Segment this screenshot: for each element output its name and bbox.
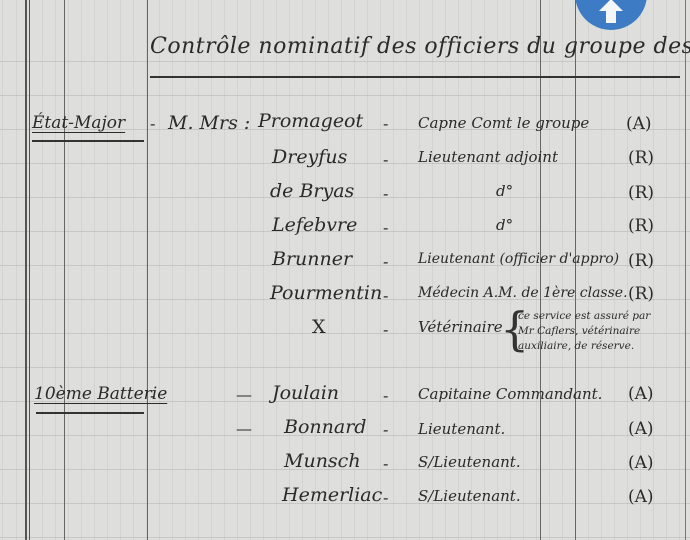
dash: -: [383, 184, 388, 203]
officer-role: Capitaine Commandant.: [418, 385, 602, 403]
section-label-10eme-batterie: 10ème Batterie: [34, 384, 167, 404]
title-underline: [150, 76, 680, 78]
officer-status: (R): [628, 148, 654, 168]
officer-status: (A): [628, 453, 654, 473]
column-rule: [685, 0, 686, 540]
officer-name: de Bryas: [270, 180, 354, 202]
dash: —: [236, 419, 250, 438]
officer-note-line: ce service est assuré par: [518, 309, 650, 324]
officer-status: (R): [628, 183, 654, 203]
dash: -: [383, 320, 388, 339]
column-rule: [575, 0, 576, 540]
dash: -: [150, 114, 155, 133]
officer-role: Médecin A.M. de 1ère classe.: [418, 285, 628, 301]
officer-name: Promageot: [258, 110, 363, 132]
officer-name: Munsch: [284, 450, 361, 472]
scroll-to-top-button[interactable]: [575, 0, 647, 30]
officer-name: Brunner: [272, 248, 352, 270]
column-rule-double-right: [29, 0, 30, 540]
officer-status: (R): [628, 251, 654, 271]
dash: -: [383, 420, 388, 439]
dash: -: [383, 150, 388, 169]
officer-name: Bonnard: [284, 416, 366, 438]
section-underline: [32, 140, 144, 142]
officer-name: Hemerliac: [282, 484, 382, 506]
officer-name: Joulain: [272, 382, 339, 404]
column-rule-double-left: [25, 0, 27, 540]
dash: -: [383, 454, 388, 473]
officer-status: (A): [626, 114, 652, 134]
officer-role: Lieutenant (officier d'appro): [418, 251, 619, 267]
section-underline: [36, 412, 144, 414]
column-rule: [540, 0, 541, 540]
officer-role: S/Lieutenant.: [418, 487, 521, 505]
honorific-prefix: M. Mrs :: [168, 112, 250, 134]
officer-status: (A): [628, 487, 654, 507]
dash: -: [383, 286, 388, 305]
dash: -: [383, 488, 388, 507]
officer-role: d°: [496, 182, 513, 200]
officer-name: X: [312, 316, 326, 338]
officer-role: Capne Comt le groupe: [418, 114, 589, 132]
officer-status: (R): [628, 216, 654, 236]
officer-status: (A): [628, 419, 654, 439]
officer-name: Lefebvre: [272, 214, 357, 236]
dash: -: [150, 386, 155, 405]
officer-note-line: auxiliaire, de réserve.: [518, 339, 634, 354]
dash: —: [236, 385, 250, 404]
dash: -: [383, 218, 388, 237]
arrow-up-icon: [598, 0, 624, 24]
ledger-page: Contrôle nominatif des officiers du grou…: [0, 0, 690, 540]
officer-status: (A): [628, 384, 654, 404]
dash: -: [383, 386, 388, 405]
officer-role: Lieutenant adjoint: [418, 148, 558, 166]
dash: -: [383, 114, 388, 133]
dash: -: [383, 252, 388, 271]
column-rule: [147, 0, 148, 540]
officer-name: Pourmentin: [270, 282, 382, 304]
document-title: Contrôle nominatif des officiers du grou…: [150, 34, 690, 59]
officer-role: Lieutenant.: [418, 420, 505, 438]
officer-role: d°: [496, 216, 513, 234]
officer-role: S/Lieutenant.: [418, 453, 521, 471]
section-label-etat-major: État-Major: [32, 113, 125, 133]
officer-status: (R): [628, 284, 654, 304]
officer-note-line: Mr Caflers, vétérinaire: [518, 324, 640, 339]
column-rule: [64, 0, 65, 540]
officer-role: Vétérinaire: [418, 318, 503, 336]
officer-name: Dreyfus: [272, 146, 347, 168]
